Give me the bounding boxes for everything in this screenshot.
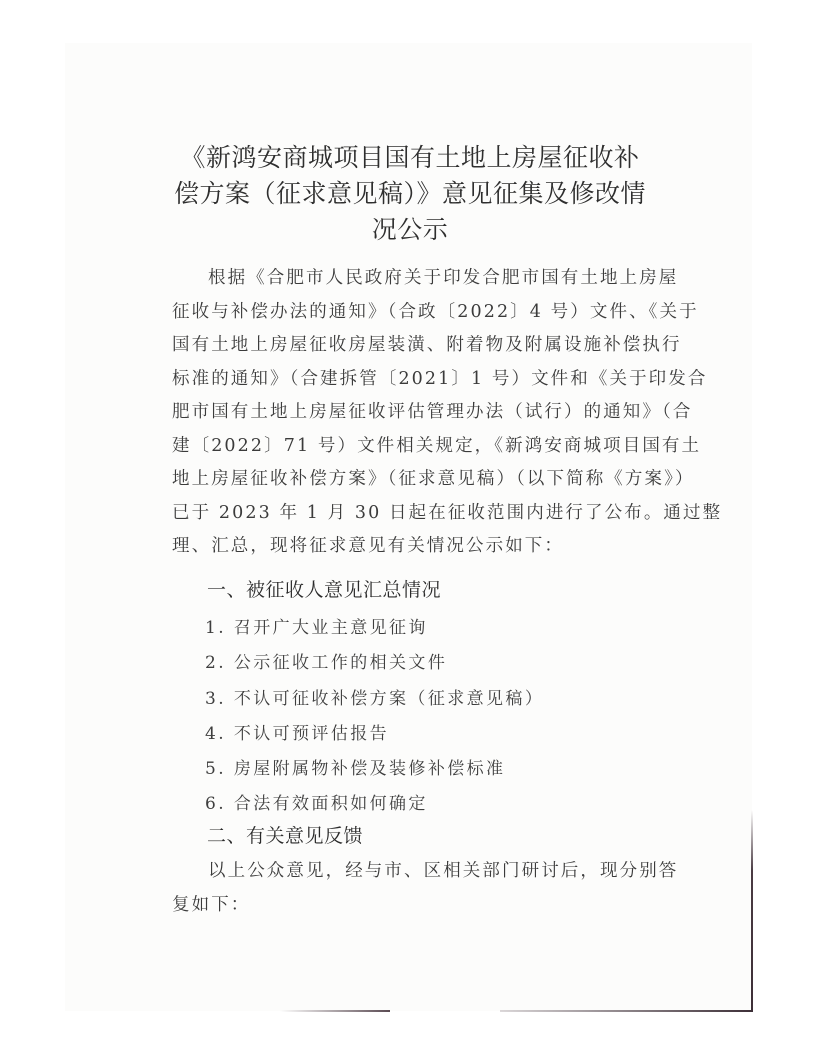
document-title: 《新鸿安商城项目国有土地上房屋征收补 偿方案（征求意见稿）》意见征集及修改情 况… [170, 140, 650, 248]
intro-paragraph: 根据《合肥市人民政府关于印发合肥市国有土地上房屋 征收与补偿办法的通知》（合政〔… [172, 262, 642, 564]
scan-edge-bottom [280, 1010, 390, 1012]
paragraph-line: 标准的通知》（合建拆管〔2021〕1 号）文件和《关于印发合 [172, 363, 642, 397]
list-item: 2. 公示征收工作的相关文件 [205, 649, 544, 684]
paragraph-line: 征收与补偿办法的通知》（合政〔2022〕4 号）文件、《关于 [172, 296, 642, 330]
list-item: 4. 不认可预评估报告 [205, 720, 544, 755]
title-line: 《新鸿安商城项目国有土地上房屋征收补 [170, 140, 650, 176]
list-item: 6. 合法有效面积如何确定 [205, 790, 544, 825]
list-item: 1. 召开广大业主意见征询 [205, 614, 544, 649]
paragraph-line: 国有土地上房屋征收房屋装潢、附着物及附属设施补偿执行 [172, 329, 642, 363]
list-item: 3. 不认可征收补偿方案（征求意见稿） [205, 685, 544, 720]
feedback-paragraph: 以上公众意见，经与市、区相关部门研讨后，现分别答 复如下： [172, 855, 642, 922]
title-line: 况公示 [170, 212, 650, 248]
paragraph-line: 根据《合肥市人民政府关于印发合肥市国有土地上房屋 [172, 262, 642, 296]
scan-edge-bottom [500, 1010, 753, 1012]
section-heading-1: 一、被征收人意见汇总情况 [207, 576, 441, 604]
paragraph-line: 地上房屋征收补偿方案》（征求意见稿）（以下简称《方案》） [172, 463, 642, 497]
list-item: 5. 房屋附属物补偿及装修补偿标准 [205, 755, 544, 790]
opinion-summary-list: 1. 召开广大业主意见征询 2. 公示征收工作的相关文件 3. 不认可征收补偿方… [205, 614, 544, 826]
paragraph-line: 已于 2023 年 1 月 30 日起在征收范围内进行了公布。通过整 [172, 497, 642, 531]
paragraph-line: 肥市国有土地上房屋征收评估管理办法（试行）的通知》（合 [172, 396, 642, 430]
scan-edge-right [751, 810, 753, 1012]
paragraph-line: 复如下： [172, 889, 642, 923]
paragraph-line: 以上公众意见，经与市、区相关部门研讨后，现分别答 [172, 855, 642, 889]
paragraph-line: 建〔2022〕71 号）文件相关规定，《新鸿安商城项目国有土 [172, 430, 642, 464]
title-line: 偿方案（征求意见稿）》意见征集及修改情 [170, 176, 650, 212]
paragraph-line: 理、汇总，现将征求意见有关情况公示如下： [172, 530, 642, 564]
section-heading-2: 二、有关意见反馈 [207, 822, 363, 850]
